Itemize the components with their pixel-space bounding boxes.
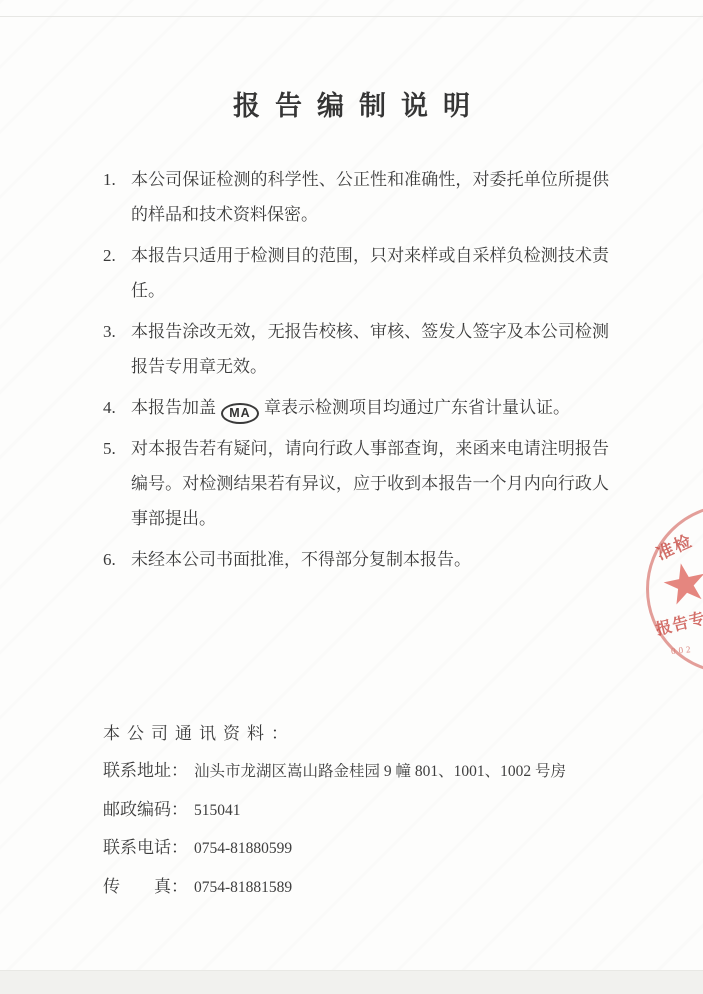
note-item-4: 4. 本报告加盖MA章表示检测项目均通过广东省计量认证。 bbox=[103, 390, 609, 425]
page-title: 报告编制说明 bbox=[0, 84, 703, 123]
official-stamp: 准检 ★ 报告专 002 bbox=[646, 504, 703, 674]
contact-section: 本公司通讯资料： 联系地址：汕头市龙湖区嵩山路金桂园 9 幢 801、1001、… bbox=[103, 715, 623, 906]
stamp-serial: 002 bbox=[671, 644, 694, 656]
note-number: 3. bbox=[103, 314, 127, 349]
note-text-after: 章表示检测项目均通过广东省计量认证。 bbox=[264, 398, 570, 417]
scan-edge-top bbox=[0, 16, 703, 17]
contact-value: 515041 bbox=[194, 802, 241, 819]
contact-label: 联系地址： bbox=[103, 752, 188, 789]
note-number: 5. bbox=[103, 431, 127, 466]
notes-list: 1. 本公司保证检测的科学性、公正性和准确性，对委托单位所提供的样品和技术资料保… bbox=[103, 162, 609, 583]
document-page: 报告编制说明 1. 本公司保证检测的科学性、公正性和准确性，对委托单位所提供的样… bbox=[0, 0, 703, 994]
scan-edge-bottom bbox=[0, 970, 703, 994]
contact-value: 0754-81881589 bbox=[194, 879, 292, 896]
contact-header: 本公司通讯资料： bbox=[103, 715, 623, 752]
note-number: 2. bbox=[103, 238, 127, 273]
note-text: 本公司保证检测的科学性、公正性和准确性，对委托单位所提供的样品和技术资料保密。 bbox=[131, 170, 609, 224]
contact-label: 传 真： bbox=[103, 868, 188, 905]
contact-row-address: 联系地址：汕头市龙湖区嵩山路金桂园 9 幢 801、1001、1002 号房 bbox=[103, 752, 623, 790]
note-text: 本报告只适用于检测目的范围，只对来样或自采样负检测技术责任。 bbox=[131, 246, 609, 300]
note-text: 对本报告若有疑问，请向行政人事部查询，来函来电请注明报告编号。对检测结果若有异议… bbox=[131, 439, 609, 528]
note-number: 4. bbox=[103, 390, 127, 425]
note-number: 6. bbox=[103, 542, 127, 577]
contact-value: 汕头市龙湖区嵩山路金桂园 9 幢 801、1001、1002 号房 bbox=[194, 763, 566, 780]
contact-row-postcode: 邮政编码：515041 bbox=[103, 791, 623, 829]
note-text: 本报告涂改无效，无报告校核、审核、签发人签字及本公司检测报告专用章无效。 bbox=[131, 322, 609, 376]
note-number: 1. bbox=[103, 162, 127, 197]
note-item-3: 3. 本报告涂改无效，无报告校核、审核、签发人签字及本公司检测报告专用章无效。 bbox=[103, 314, 609, 384]
cma-certification-icon: MA bbox=[221, 403, 259, 424]
note-text-before: 本报告加盖 bbox=[131, 398, 216, 417]
note-item-2: 2. 本报告只适用于检测目的范围，只对来样或自采样负检测技术责任。 bbox=[103, 238, 609, 308]
contact-row-phone: 联系电话：0754-81880599 bbox=[103, 829, 623, 867]
note-item-1: 1. 本公司保证检测的科学性、公正性和准确性，对委托单位所提供的样品和技术资料保… bbox=[103, 162, 609, 232]
contact-row-fax: 传 真：0754-81881589 bbox=[103, 868, 623, 906]
contact-label: 联系电话： bbox=[103, 829, 188, 866]
stamp-title-text: 报告专 bbox=[653, 605, 703, 640]
note-text: 未经本公司书面批准，不得部分复制本报告。 bbox=[131, 550, 471, 569]
contact-value: 0754-81880599 bbox=[194, 840, 292, 857]
contact-label: 邮政编码： bbox=[103, 791, 188, 828]
note-item-6: 6. 未经本公司书面批准，不得部分复制本报告。 bbox=[103, 542, 609, 577]
note-item-5: 5. 对本报告若有疑问，请向行政人事部查询，来函来电请注明报告编号。对检测结果若… bbox=[103, 431, 609, 536]
